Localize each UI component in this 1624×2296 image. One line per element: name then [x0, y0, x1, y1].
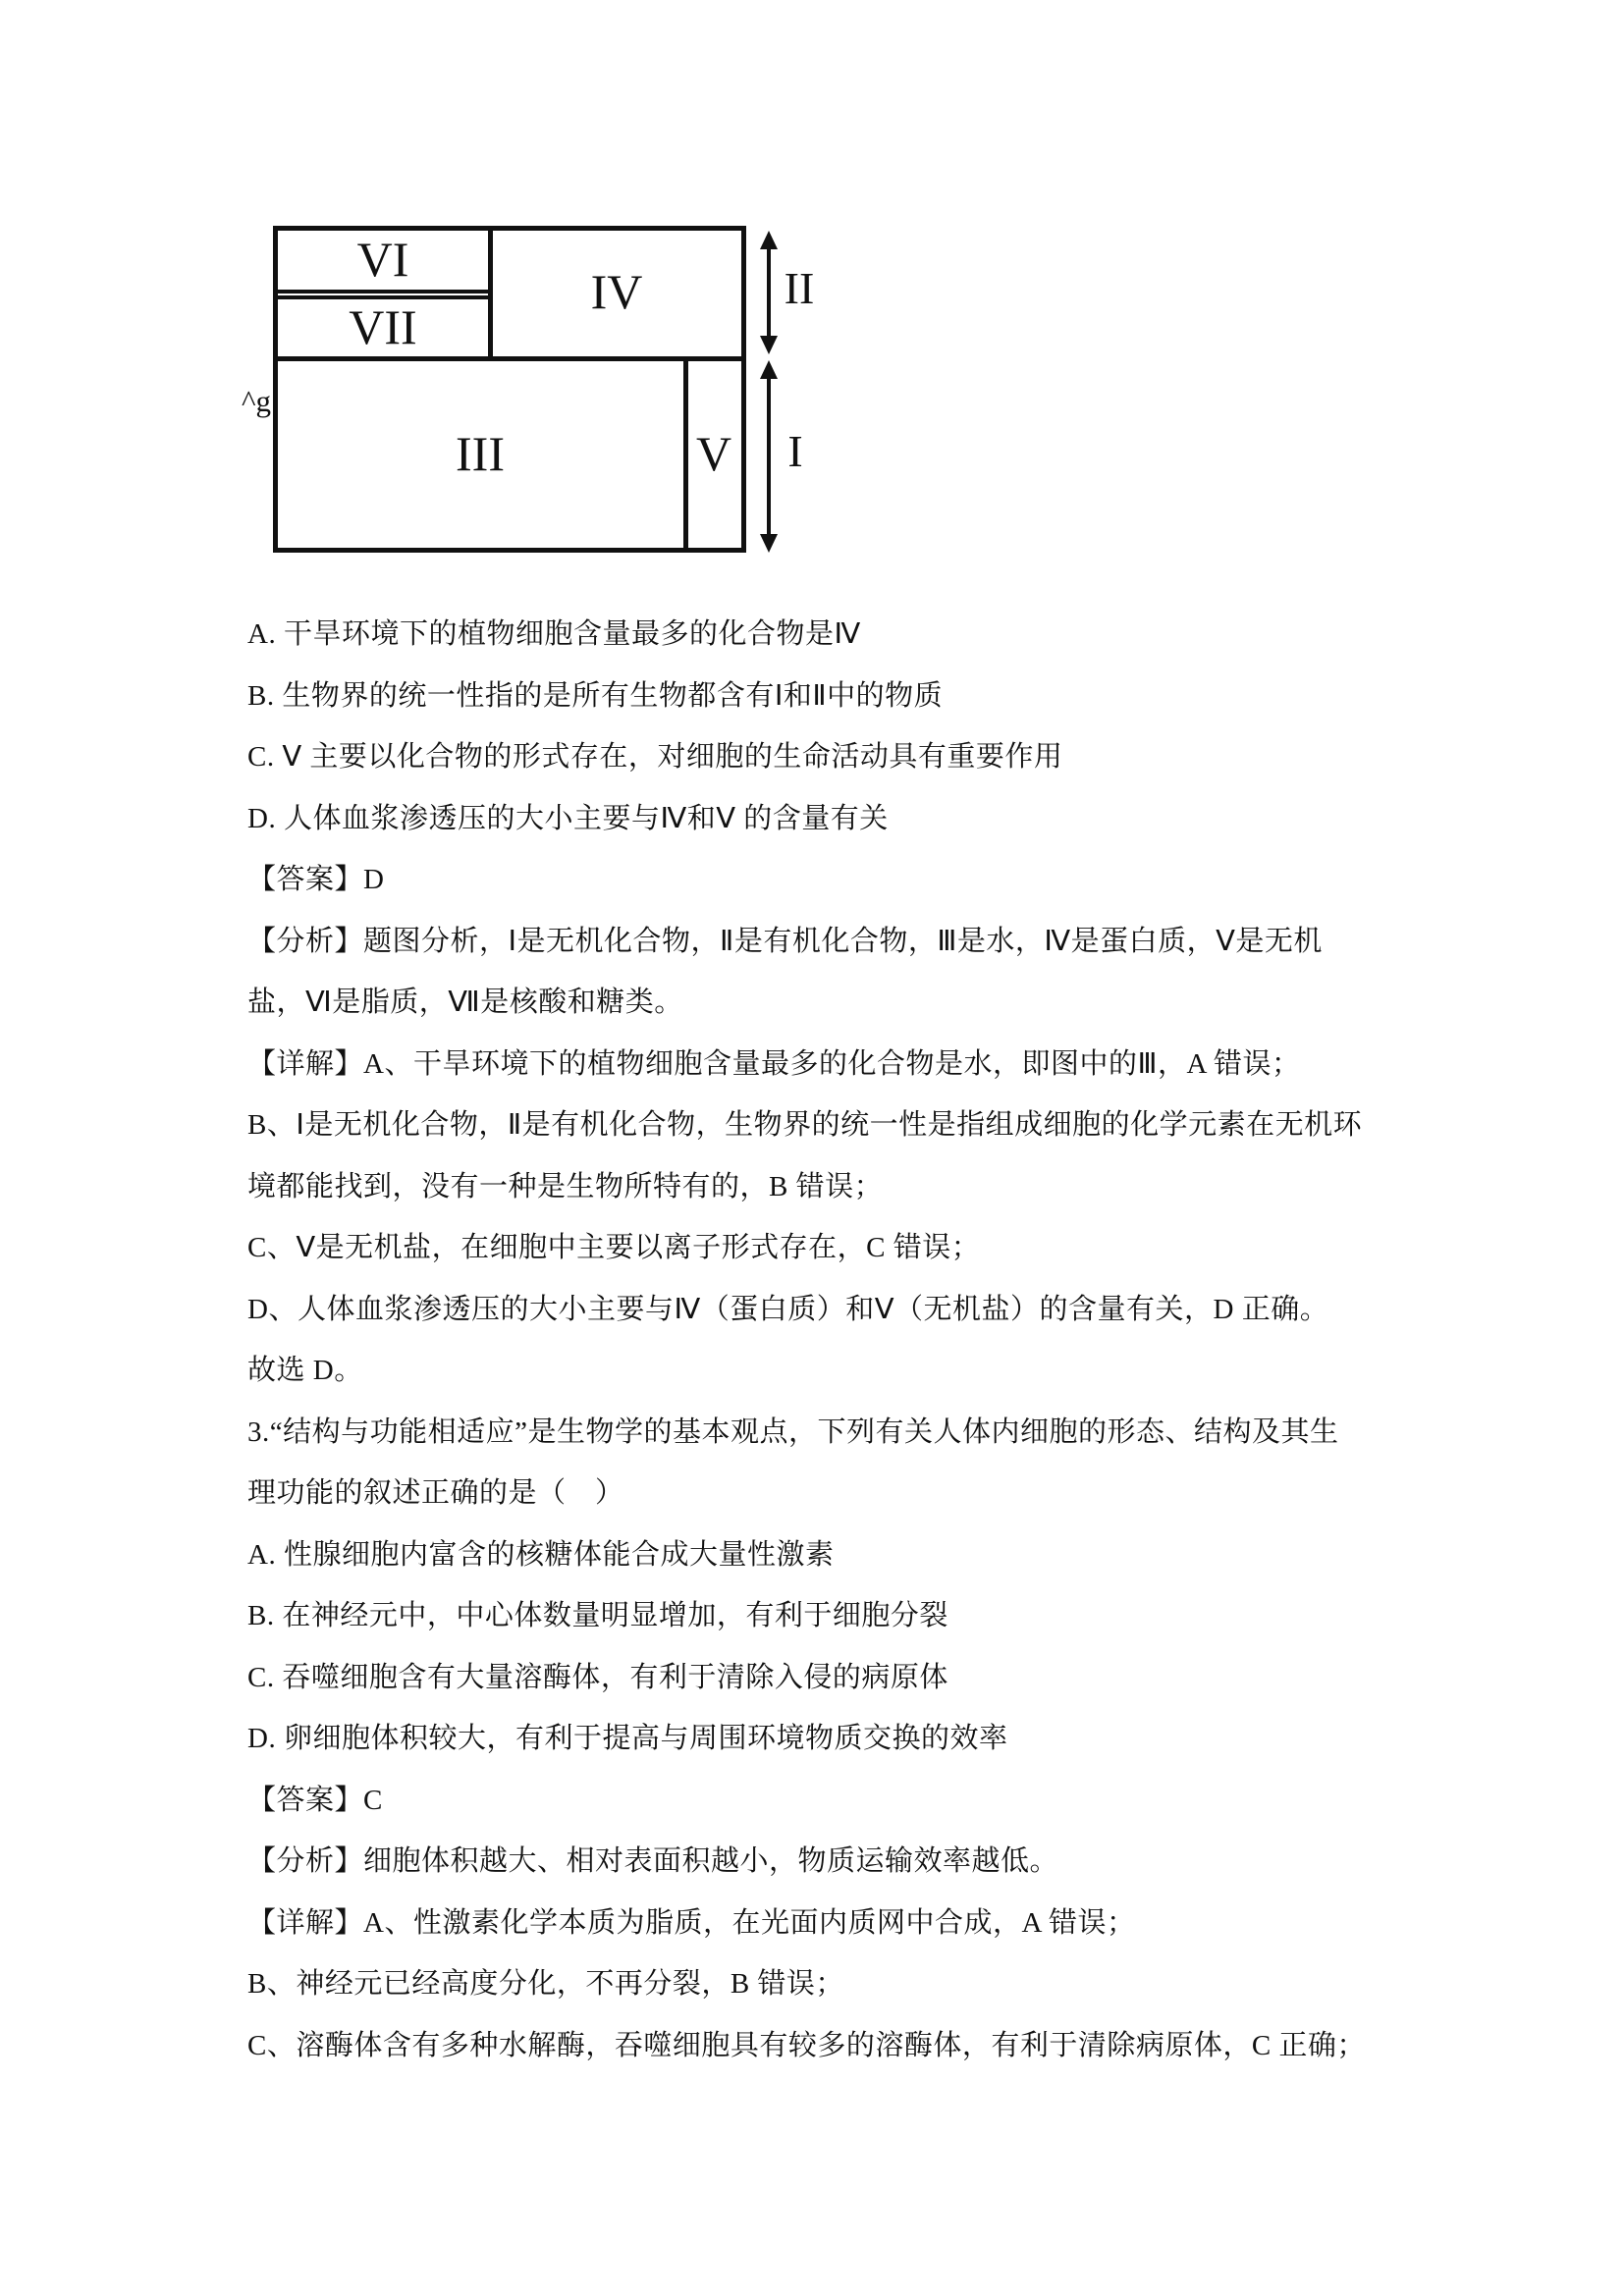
document-page: VI VII IV III V ^g II I A. 干旱环境下的植物细胞含量最…: [0, 0, 1624, 2296]
text-line-24: C、溶酶体含有多种水解酶，吞噬细胞具有较多的溶酶体，有利于清除病原体，C 正确；: [247, 2024, 1366, 2067]
text-line-17: B. 在神经元中，中心体数量明显增加，有利于细胞分裂: [247, 1594, 948, 1637]
range-arrow-ii-icon: [753, 230, 785, 355]
text-line-1: A. 干旱环境下的植物细胞含量最多的化合物是Ⅳ: [247, 613, 861, 656]
text-line-14: 3.“结构与功能相适应”是生物学的基本观点，下列有关人体内细胞的形态、结构及其生: [247, 1411, 1339, 1454]
figure-border-top: [273, 226, 746, 231]
text-line-9: B、Ⅰ是无机化合物，Ⅱ是有机化合物，生物界的统一性是指组成细胞的化学元素在无机环: [247, 1103, 1362, 1147]
text-line-23: B、神经元已经高度分化，不再分裂，B 错误；: [247, 1962, 844, 2005]
figure-border-bottom: [273, 548, 746, 553]
text-line-11: C、Ⅴ是无机盐，在细胞中主要以离子形式存在，C 错误；: [247, 1226, 980, 1269]
text-line-13: 故选 D。: [247, 1349, 363, 1392]
text-line-4: D. 人体血浆渗透压的大小主要与Ⅳ和Ⅴ 的含量有关: [247, 797, 889, 840]
text-line-6: 【分析】题图分析，Ⅰ是无机化合物，Ⅱ是有机化合物，Ⅲ是水，Ⅳ是蛋白质，Ⅴ是无机: [247, 920, 1323, 963]
range-arrow-i-icon: [753, 359, 785, 554]
figure-divider-iv: [488, 228, 493, 358]
figure-divider-vi-vii-upper: [275, 290, 493, 294]
text-line-8: 【详解】A、干旱环境下的植物细胞含量最多的化合物是水，即图中的Ⅲ，A 错误；: [247, 1042, 1301, 1086]
text-line-3: C. Ⅴ 主要以化合物的形式存在，对细胞的生命活动具有重要作用: [247, 735, 1062, 778]
figure-label-i: I: [787, 429, 802, 474]
figure-label-iii: III: [456, 429, 505, 478]
figure-border-left: [273, 226, 278, 553]
figure-divider-v: [683, 358, 688, 550]
text-line-10: 境都能找到，没有一种是生物所特有的，B 错误；: [247, 1165, 883, 1208]
text-line-19: D. 卵细胞体积较大，有利于提高与周围环境物质交换的效率: [247, 1717, 1007, 1760]
figure-border-right: [741, 226, 746, 553]
text-line-20: 【答案】C: [247, 1779, 383, 1822]
figure-stray-text: ^g: [242, 385, 271, 418]
figure-label-iv: IV: [591, 267, 643, 316]
text-line-18: C. 吞噬细胞含有大量溶酶体，有利于清除入侵的病原体: [247, 1656, 948, 1699]
text-line-15: 理功能的叙述正确的是（ ）: [247, 1471, 624, 1515]
text-line-2: B. 生物界的统一性指的是所有生物都含有Ⅰ和Ⅱ中的物质: [247, 674, 943, 718]
figure-label-ii: II: [785, 266, 815, 311]
text-line-5: 【答案】D: [247, 858, 384, 901]
text-line-22: 【详解】A、性激素化学本质为脂质，在光面内质网中合成，A 错误；: [247, 1901, 1136, 1945]
text-line-12: D、人体血浆渗透压的大小主要与Ⅳ（蛋白质）和Ⅴ（无机盐）的含量有关，D 正确。: [247, 1288, 1328, 1331]
text-line-21: 【分析】细胞体积越大、相对表面积越小，物质运输效率越低。: [247, 1840, 1058, 1883]
figure-label-vi: VI: [357, 235, 409, 284]
text-line-16: A. 性腺细胞内富含的核糖体能合成大量性激素: [247, 1533, 834, 1576]
text-line-7: 盐，Ⅵ是脂质，Ⅶ是核酸和糖类。: [247, 981, 683, 1024]
figure-label-vii: VII: [349, 302, 416, 351]
figure-divider-middle: [273, 356, 746, 361]
figure-label-v: V: [696, 429, 731, 478]
